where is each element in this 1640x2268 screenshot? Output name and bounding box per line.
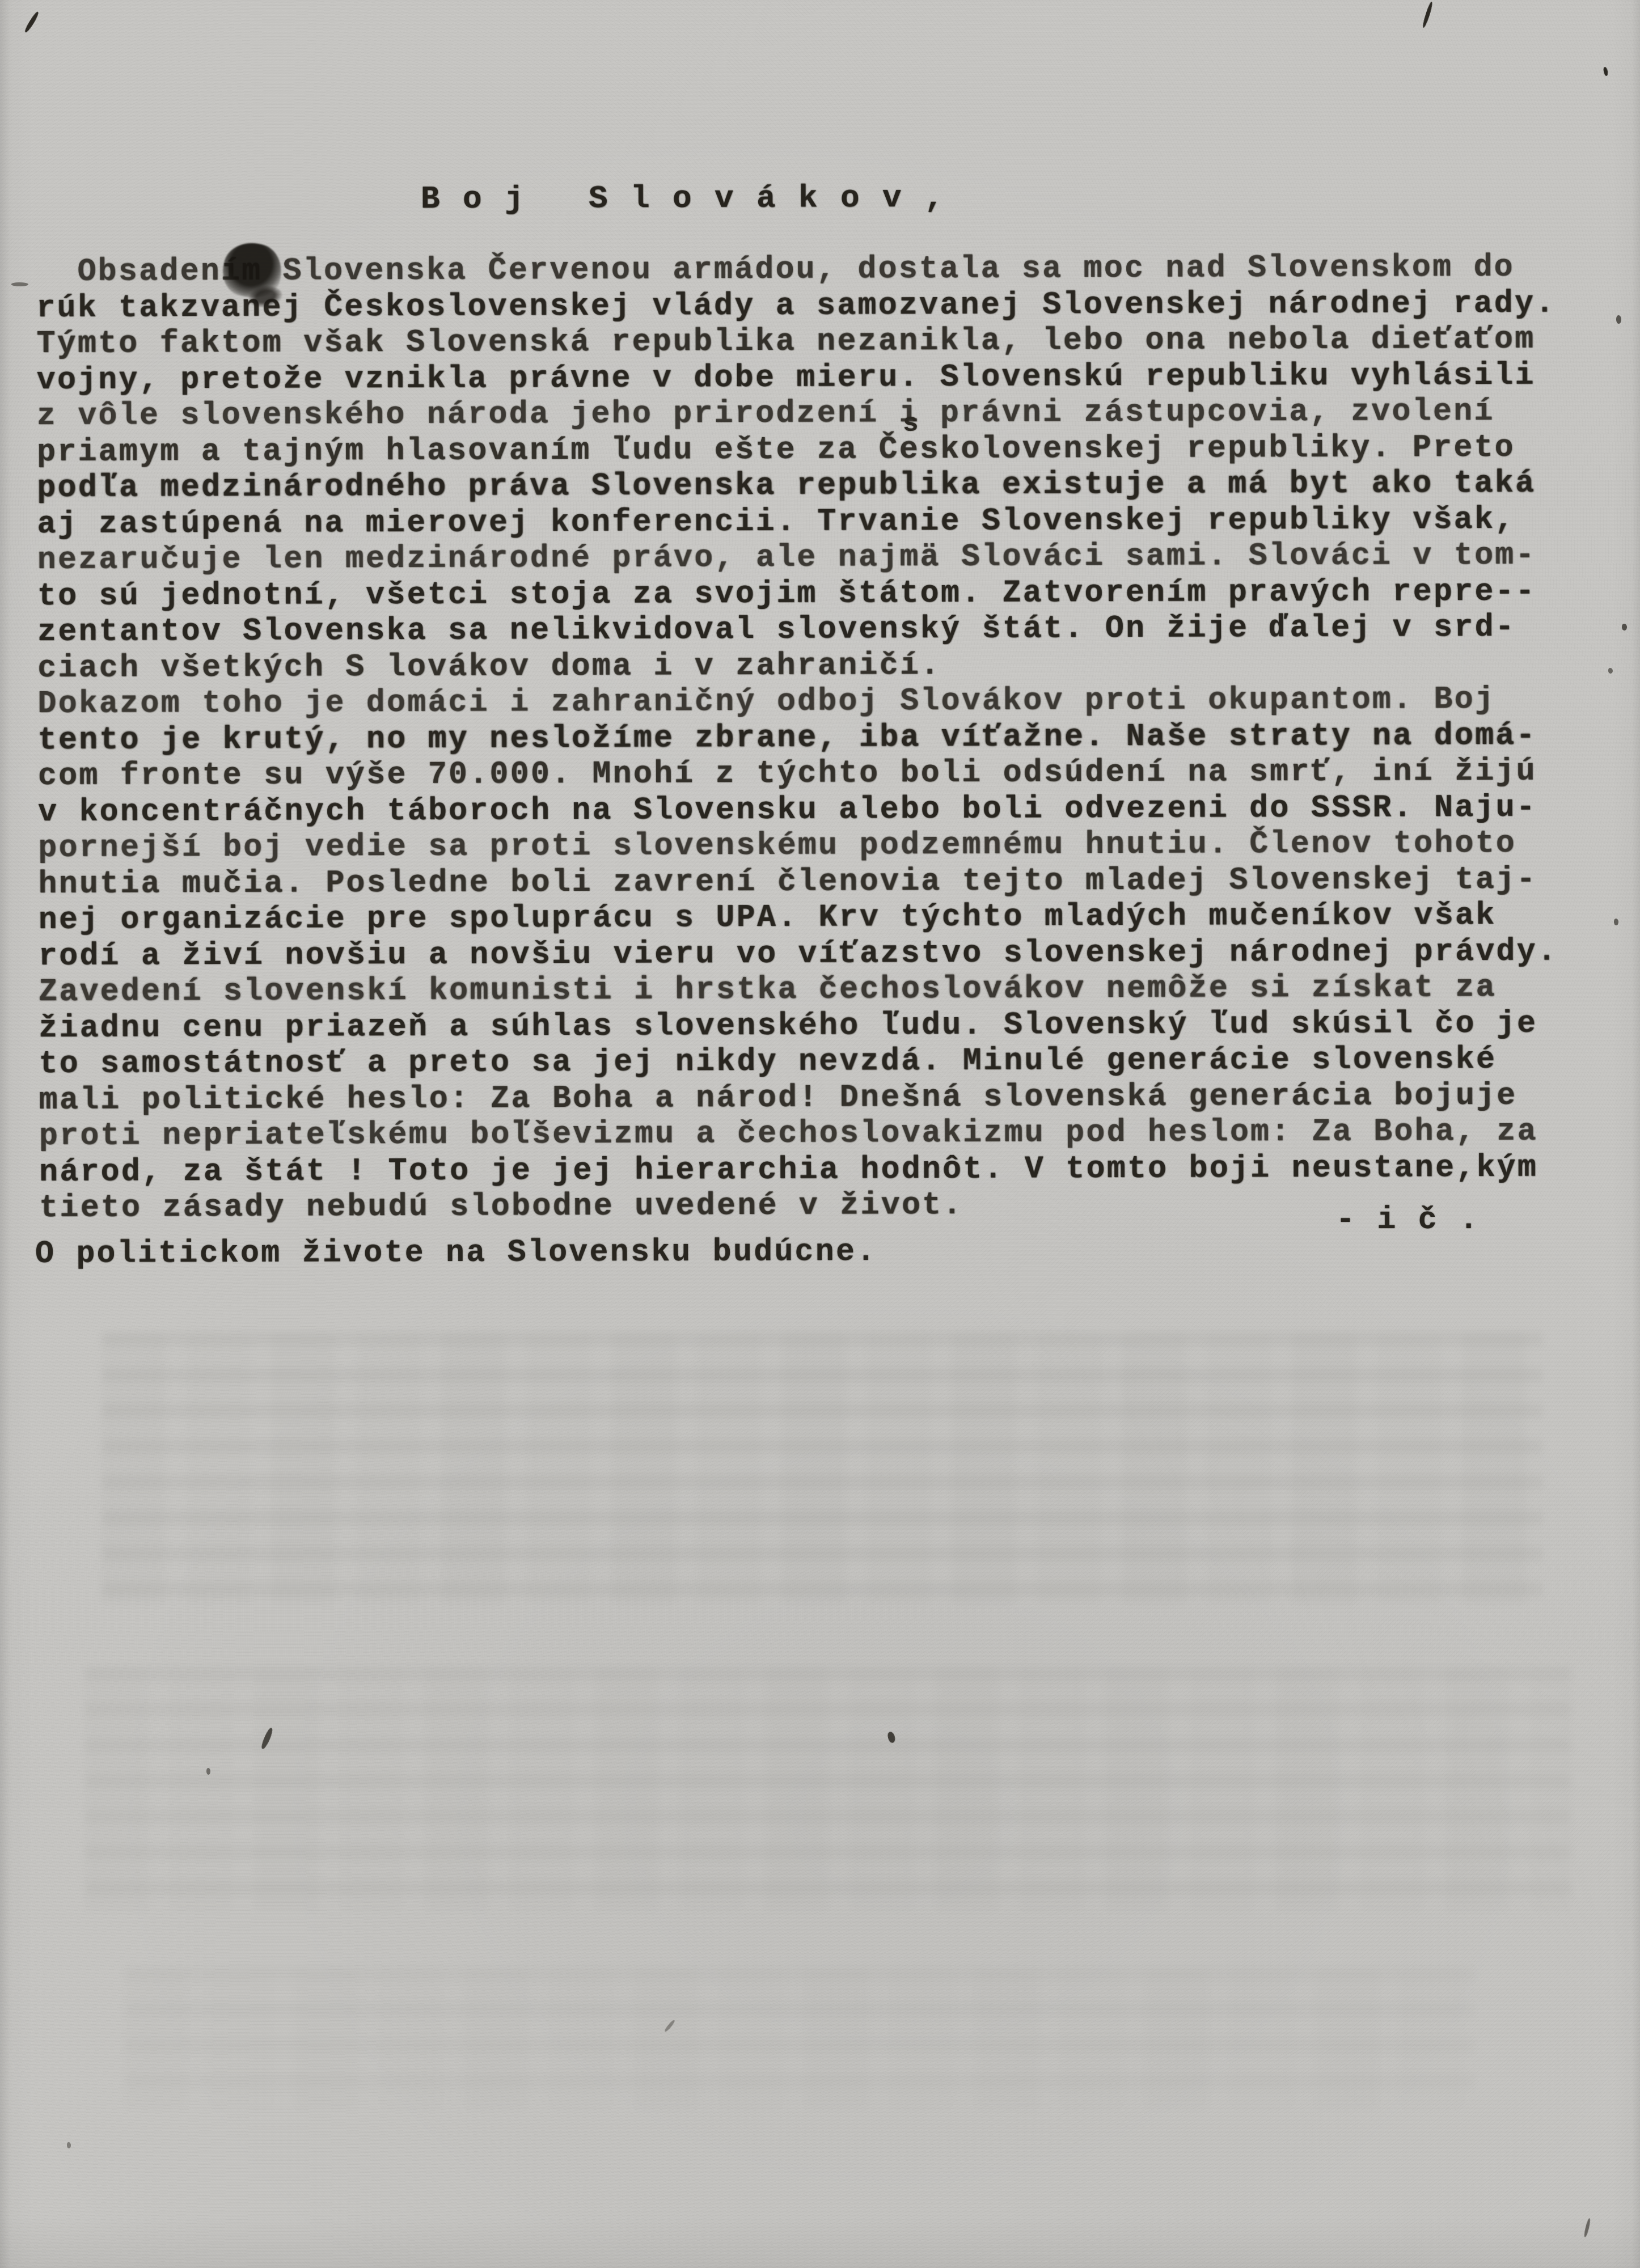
text-line: podľa medzinárodného práva Slovenska rep…	[37, 465, 1619, 506]
ink-speck	[1616, 315, 1621, 324]
ink-speck	[260, 1727, 274, 1750]
text-line: Zavedení slovenskí komunisti i hrstka če…	[39, 969, 1621, 1010]
ink-speck	[663, 2019, 675, 2033]
ink-speck	[1422, 1, 1434, 28]
text-line: ciach všetkých S lovákov doma i v zahran…	[37, 645, 1620, 686]
bleed-through-smudge	[85, 1667, 1571, 1911]
text-line: v koncentráčnych táboroch na Slovensku a…	[38, 789, 1620, 830]
text-line: nej organizácie pre spoluprácu s UPA. Kr…	[39, 897, 1621, 938]
closing-line: O politickom živote na Slovensku budúcne…	[35, 1234, 877, 1272]
text-line: tento je krutý, no my nesložíme zbrane, …	[38, 717, 1620, 758]
text-line: aj zastúpená na mierovej konferencii. Tr…	[37, 501, 1619, 542]
text-line: národ, za štát ! Toto je jej hierarchia …	[39, 1149, 1621, 1190]
ink-speck	[1614, 919, 1618, 925]
ink-speck	[1622, 624, 1627, 631]
scanned-document-page: B o j S l o v á k o v , Obsadením Sloven…	[0, 0, 1640, 2268]
text-line: mali politické heslo: Za Boha a národ! D…	[39, 1077, 1621, 1118]
document-title: B o j S l o v á k o v ,	[421, 180, 945, 217]
signature-initials: - i č .	[1336, 1202, 1480, 1238]
bleed-through-smudge	[102, 1332, 1542, 1605]
text-line: rodí a živí novšiu a novšiu vieru vo víť…	[39, 933, 1621, 974]
document-body-text: Obsadením Slovenska Červenou armádou, do…	[36, 249, 1621, 1226]
inserted-superscript-character: s	[903, 409, 919, 439]
text-line: to sú jednotní, všetci stoja za svojim š…	[37, 573, 1620, 614]
text-line: proti nepriateľskému boľševizmu a čechos…	[39, 1113, 1621, 1154]
ink-speck	[11, 282, 28, 286]
text-line: com fronte su výše 70.000. Mnohí z týcht…	[38, 753, 1620, 794]
text-line: pornejší boj vedie sa proti slovenskému …	[38, 825, 1620, 866]
text-line: vojny, pretože vznikla právne v dobe mie…	[37, 357, 1619, 398]
text-line: hnutia mučia. Posledne boli zavrení člen…	[38, 861, 1620, 902]
ink-speck	[67, 2142, 71, 2148]
ink-speck	[887, 1731, 896, 1744]
text-line: z vôle slovenského národa jeho prirodzen…	[37, 393, 1619, 434]
ink-speck	[206, 1768, 210, 1775]
text-line: to samostátnosť a preto sa jej nikdy nev…	[39, 1041, 1621, 1082]
ink-speck	[23, 11, 40, 33]
text-line: Týmto faktom však Slovenská republika ne…	[36, 321, 1618, 362]
text-line: priamym a tajným hlasovaním ľudu ešte za…	[37, 429, 1619, 470]
text-line: nezaručuje len medzinárodné právo, ale n…	[37, 537, 1620, 578]
text-line: zentantov Slovenska sa nelikvidoval slov…	[37, 609, 1620, 650]
text-line: Dokazom toho je domáci i zahraničný odbo…	[37, 681, 1620, 722]
ink-speck	[1583, 2218, 1591, 2237]
ink-speck	[1608, 668, 1613, 674]
text-line: žiadnu cenu priazeň a súhlas slovenského…	[39, 1005, 1621, 1046]
ink-speck	[1603, 67, 1609, 77]
bleed-through-smudge	[125, 1967, 1474, 2109]
